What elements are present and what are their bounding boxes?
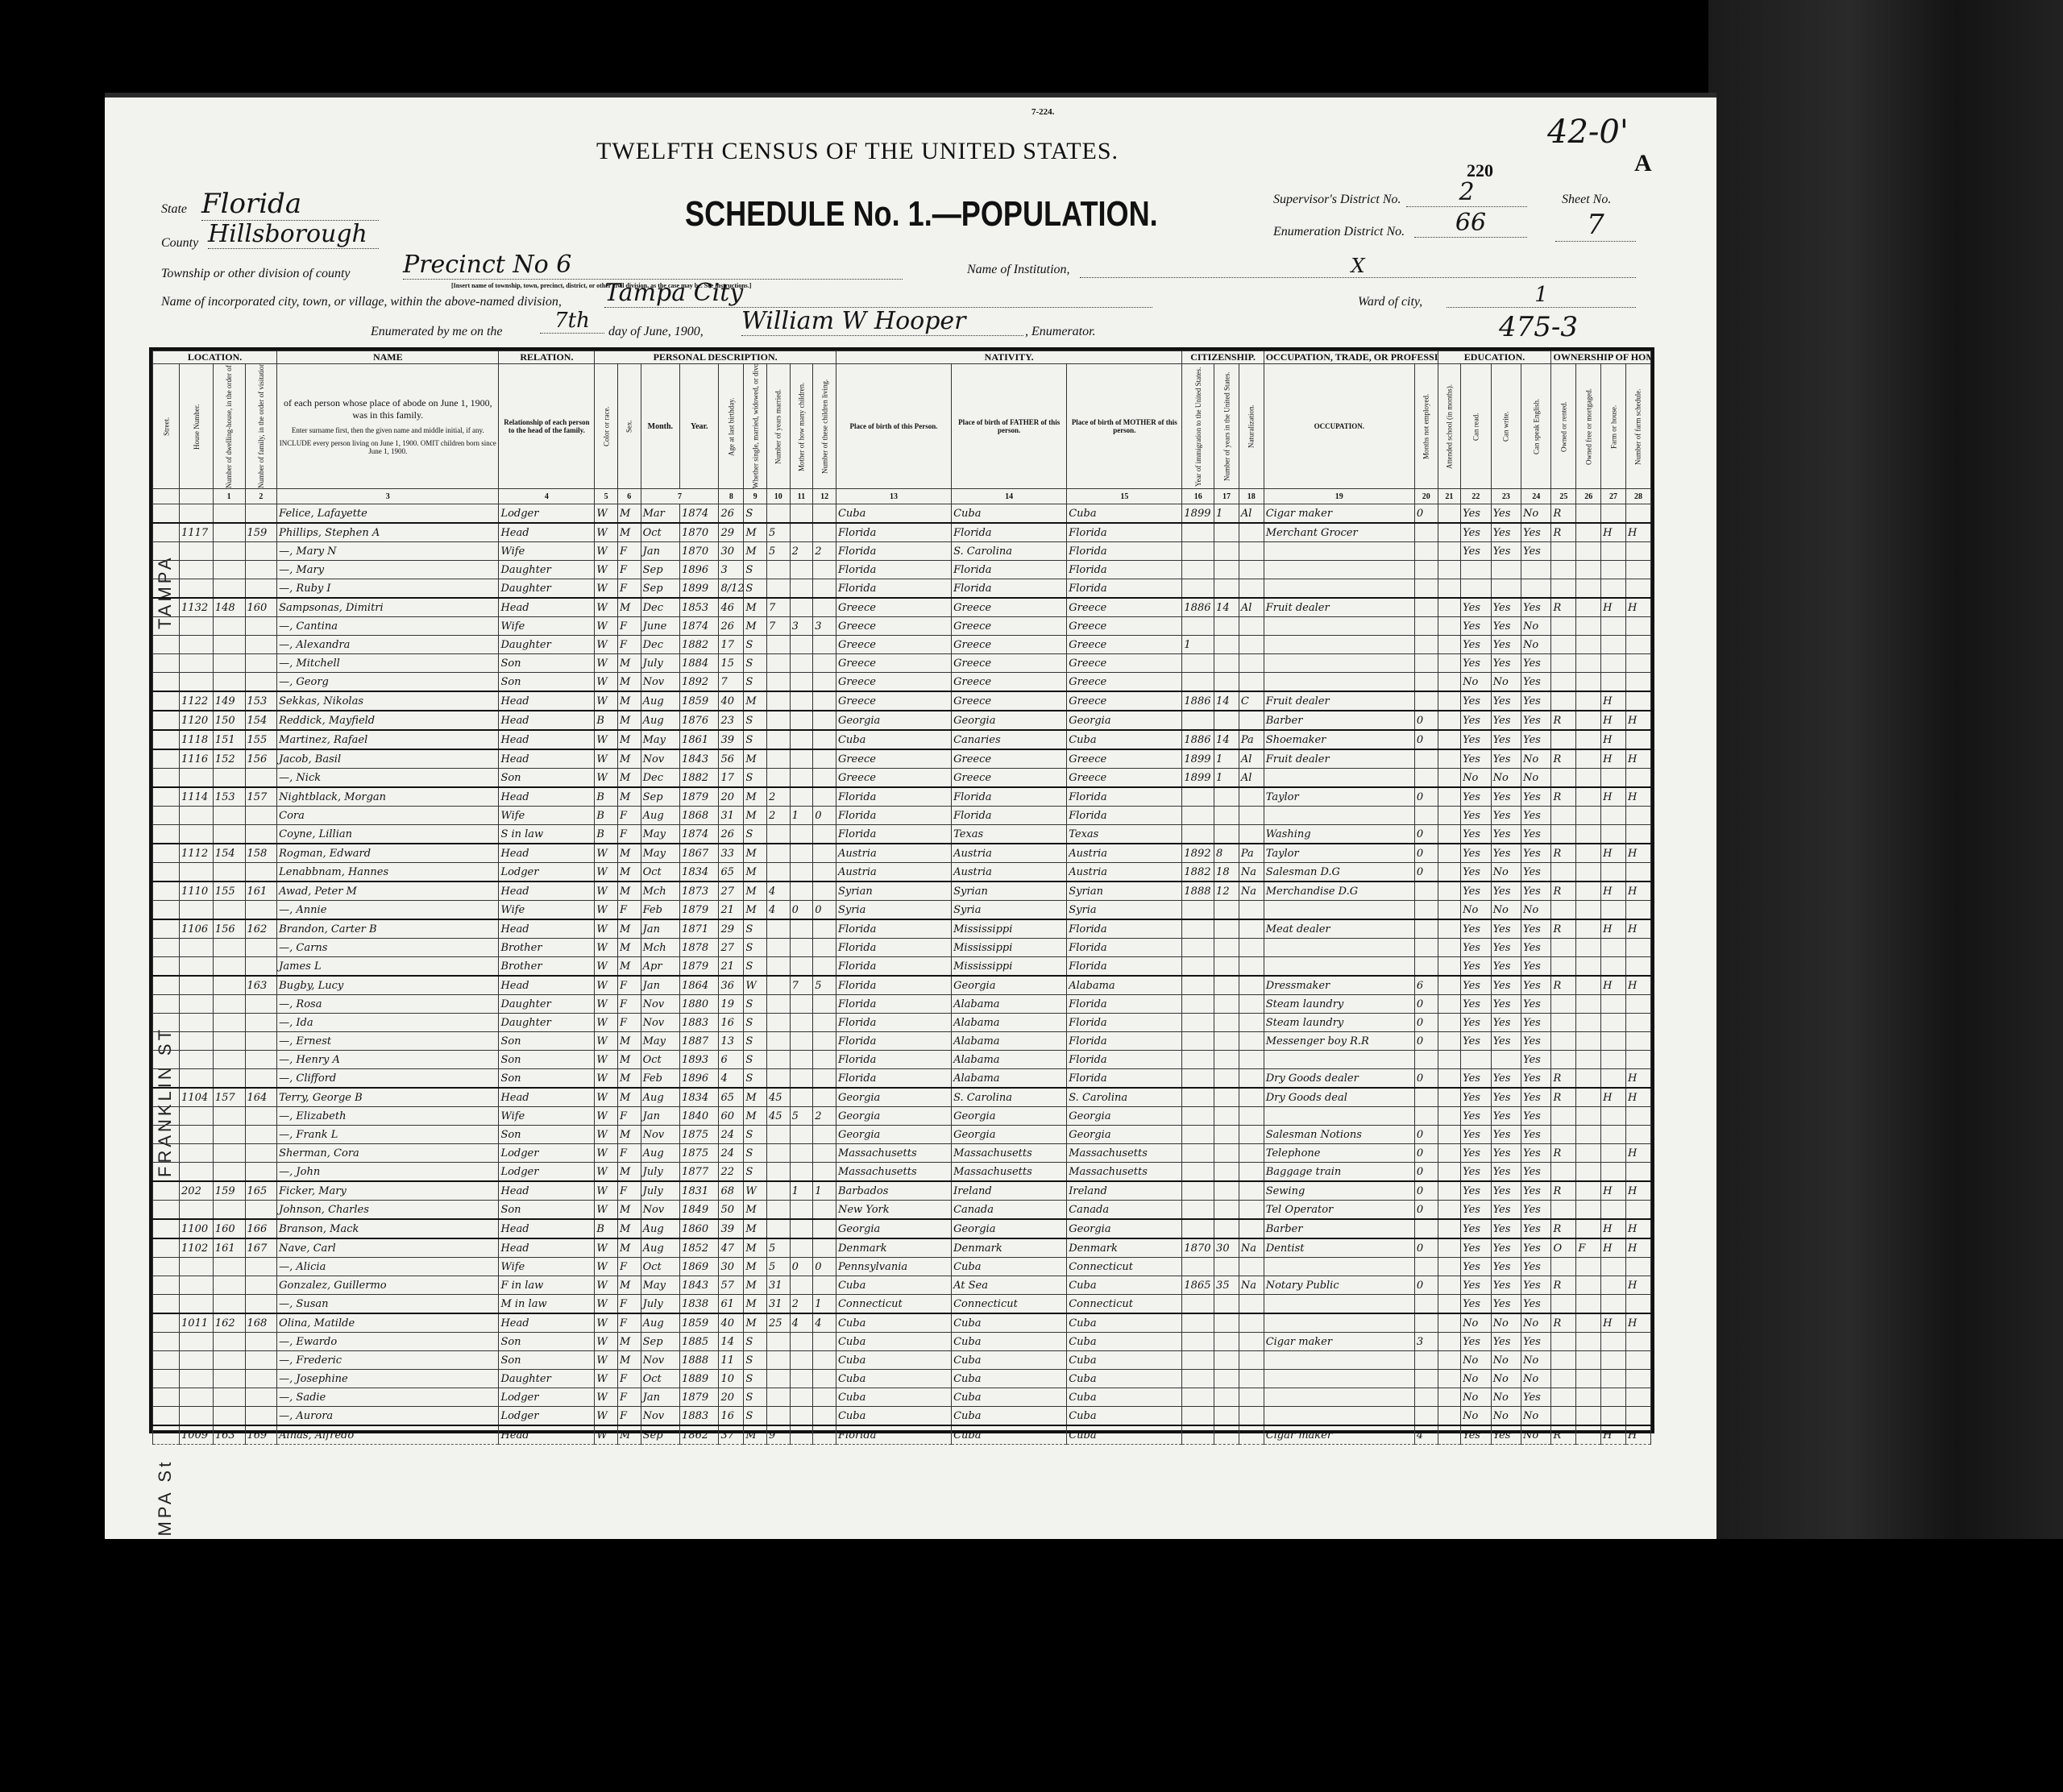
cell-own: R	[1551, 881, 1576, 901]
cell-fs	[1625, 691, 1650, 711]
cell-age: 14	[719, 1333, 744, 1351]
cell-sex: F	[617, 617, 641, 636]
cell-ym: 4	[766, 901, 790, 920]
cell-fm	[1576, 691, 1601, 711]
cell-mo	[790, 1276, 813, 1295]
cell-fm	[1576, 1295, 1601, 1314]
cell-yrs	[1214, 561, 1239, 579]
cell-name: —, Mitchell	[277, 654, 499, 673]
cell-mo	[790, 1144, 813, 1163]
cell-rel: F in law	[499, 1276, 595, 1295]
cell-sch	[1438, 504, 1461, 524]
cell-bf: Cuba	[952, 504, 1067, 524]
header-education: EDUCATION.	[1438, 351, 1551, 364]
cell-fm	[1576, 1126, 1601, 1144]
cell-ch	[813, 579, 836, 599]
cell-street	[153, 807, 180, 825]
cell-mar: S	[744, 561, 767, 579]
cell-fam	[245, 1126, 277, 1144]
cell-fs: H	[1625, 1276, 1650, 1295]
cell-fm	[1576, 1276, 1601, 1295]
cell-imm: 1882	[1182, 863, 1214, 882]
cell-name: Phillips, Stephen A	[277, 523, 499, 542]
cell-read: No	[1461, 901, 1491, 920]
cell-month: May	[641, 1032, 679, 1051]
cell-month: Sep	[641, 1425, 679, 1445]
cell-occ: Merchandise D.G	[1264, 881, 1414, 901]
cell-fh	[1601, 617, 1626, 636]
cell-fs: H	[1625, 598, 1650, 617]
cell-name: Sherman, Cora	[277, 1144, 499, 1163]
population-table: LOCATION. NAME RELATION. PERSONAL DESCRI…	[149, 347, 1654, 1433]
cell-color: W	[595, 769, 618, 788]
cell-occ: Dressmaker	[1264, 976, 1414, 995]
cell-bp: Georgia	[836, 1088, 951, 1107]
cell-house: 1110	[180, 881, 214, 901]
cell-color: W	[595, 654, 618, 673]
cell-write: Yes	[1491, 1333, 1521, 1351]
cell-mo	[790, 1126, 813, 1144]
cell-name: Ficker, Mary	[277, 1181, 499, 1201]
cell-color: W	[595, 1032, 618, 1051]
cell-bm: Cuba	[1067, 1425, 1182, 1445]
cell-dwell: 163	[213, 1425, 245, 1445]
cell-ch	[813, 919, 836, 939]
cell-bm: Florida	[1067, 1051, 1182, 1069]
cell-street	[153, 711, 180, 730]
cell-ym: 31	[766, 1276, 790, 1295]
cell-color: W	[595, 1014, 618, 1032]
cell-fm: F	[1576, 1238, 1601, 1258]
cell-ym	[766, 1407, 790, 1426]
cell-bf: Canaries	[952, 730, 1067, 749]
cell-yrs	[1214, 1313, 1239, 1333]
cell-year: 1882	[680, 636, 719, 654]
cell-fam: 157	[245, 787, 277, 807]
cell-bp: Barbados	[836, 1181, 951, 1201]
cell-ch	[813, 1051, 836, 1069]
cell-unemp: 0	[1414, 787, 1438, 807]
cell-mar: S	[744, 1014, 767, 1032]
cell-bf: Ireland	[952, 1181, 1067, 1201]
cell-sch	[1438, 901, 1461, 920]
cell-read: Yes	[1461, 1126, 1491, 1144]
cell-month: Dec	[641, 598, 679, 617]
cell-mar: M	[744, 881, 767, 901]
cell-bf: Greece	[952, 691, 1067, 711]
cell-unemp	[1414, 673, 1438, 692]
cell-mo	[790, 1370, 813, 1388]
cell-bp: Austria	[836, 844, 951, 863]
cell-bm: Georgia	[1067, 711, 1182, 730]
cell-name: Nave, Carl	[277, 1238, 499, 1258]
cell-sex: M	[617, 957, 641, 977]
column-number	[153, 489, 180, 504]
cell-ym: 7	[766, 617, 790, 636]
cell-age: 29	[719, 523, 744, 542]
cell-name: —, Alicia	[277, 1258, 499, 1276]
cell-fam: 168	[245, 1313, 277, 1333]
cell-yrs: 14	[1214, 598, 1239, 617]
cell-fm	[1576, 598, 1601, 617]
cell-nat	[1239, 617, 1264, 636]
cell-occ	[1264, 561, 1414, 579]
cell-occ: Tel Operator	[1264, 1201, 1414, 1220]
cell-read: Yes	[1461, 1144, 1491, 1163]
cell-own	[1551, 939, 1576, 957]
cell-year: 1896	[680, 1069, 719, 1089]
cell-age: 65	[719, 863, 744, 882]
cell-house	[180, 673, 214, 692]
cell-year: 1843	[680, 1276, 719, 1295]
cell-write: Yes	[1491, 1201, 1521, 1220]
cell-write: Yes	[1491, 1238, 1521, 1258]
cell-color: B	[595, 807, 618, 825]
cell-ch	[813, 1088, 836, 1107]
cell-fam	[245, 1370, 277, 1388]
cell-nat	[1239, 1313, 1264, 1333]
cell-own	[1551, 863, 1576, 882]
cell-sch	[1438, 1088, 1461, 1107]
cell-bp: Florida	[836, 542, 951, 561]
cell-nat	[1239, 1407, 1264, 1426]
cell-unemp	[1414, 749, 1438, 769]
cell-ch	[813, 881, 836, 901]
cell-unemp	[1414, 957, 1438, 977]
cell-occ	[1264, 769, 1414, 788]
column-number: 22	[1461, 489, 1491, 504]
cell-eng: Yes	[1521, 919, 1551, 939]
cell-occ: Merchant Grocer	[1264, 523, 1414, 542]
cell-rel: Daughter	[499, 636, 595, 654]
cell-name: Martinez, Rafael	[277, 730, 499, 749]
cell-dwell	[213, 561, 245, 579]
cell-imm: 1870	[1182, 1238, 1214, 1258]
cell-mar: S	[744, 1144, 767, 1163]
cell-rel: Son	[499, 1333, 595, 1351]
cell-house	[180, 1388, 214, 1407]
cell-bm: Florida	[1067, 957, 1182, 977]
institution-value: X	[1080, 255, 1636, 278]
cell-mo	[790, 995, 813, 1014]
cell-occ: Washing	[1264, 825, 1414, 844]
cell-fam	[245, 1144, 277, 1163]
cell-rel: Wife	[499, 1107, 595, 1126]
cell-eng: Yes	[1521, 1163, 1551, 1182]
cell-rel: Head	[499, 1088, 595, 1107]
cell-dwell	[213, 1388, 245, 1407]
cell-write: Yes	[1491, 636, 1521, 654]
cell-fs	[1625, 957, 1650, 977]
cell-name: —, Mary	[277, 561, 499, 579]
cell-sch	[1438, 1313, 1461, 1333]
cell-year: 1879	[680, 1388, 719, 1407]
cell-fam: 154	[245, 711, 277, 730]
column-number: 21	[1438, 489, 1461, 504]
cell-fm	[1576, 1219, 1601, 1238]
cell-month: Aug	[641, 807, 679, 825]
cell-eng: Yes	[1521, 1126, 1551, 1144]
cell-imm: 1886	[1182, 691, 1214, 711]
cell-house	[180, 995, 214, 1014]
cell-imm	[1182, 1258, 1214, 1276]
cell-write: No	[1491, 1388, 1521, 1407]
cell-bp: Cuba	[836, 730, 951, 749]
cell-eng: Yes	[1521, 1388, 1551, 1407]
header-owned-rented: Owned or rented.	[1551, 364, 1576, 489]
cell-yrs	[1214, 976, 1239, 995]
column-number: 5	[595, 489, 618, 504]
cell-fh: H	[1601, 730, 1626, 749]
cell-bp: Greece	[836, 617, 951, 636]
cell-rel: Head	[499, 691, 595, 711]
cell-rel: Son	[499, 1126, 595, 1144]
cell-rel: Lodger	[499, 504, 595, 524]
header-nativity: NATIVITY.	[836, 351, 1181, 364]
name-include: INCLUDE every person living on June 1, 1…	[279, 439, 496, 455]
cell-fam: 159	[245, 523, 277, 542]
cell-fs	[1625, 995, 1650, 1014]
cell-house: 1011	[180, 1313, 214, 1333]
cell-color: W	[595, 1238, 618, 1258]
cell-unemp	[1414, 901, 1438, 920]
table-row: —, ErnestSonWMMay188713SFloridaAlabamaFl…	[153, 1032, 1651, 1051]
cell-fs	[1625, 1388, 1650, 1407]
cell-year: 1887	[680, 1032, 719, 1051]
cell-read: Yes	[1461, 976, 1491, 995]
cell-age: 16	[719, 1014, 744, 1032]
cell-nat	[1239, 1333, 1264, 1351]
cell-fh	[1601, 939, 1626, 957]
cell-unemp: 0	[1414, 1144, 1438, 1163]
column-number: 8	[719, 489, 744, 504]
cell-read: Yes	[1461, 1107, 1491, 1126]
cell-fam	[245, 1258, 277, 1276]
header-farm-schedule: Number of farm schedule.	[1625, 364, 1650, 489]
cell-ym	[766, 844, 790, 863]
cell-rel: Head	[499, 881, 595, 901]
cell-imm	[1182, 1051, 1214, 1069]
cell-fam	[245, 673, 277, 692]
cell-unemp	[1414, 1051, 1438, 1069]
cell-imm	[1182, 1069, 1214, 1089]
cell-fam: 153	[245, 691, 277, 711]
cell-ch: 0	[813, 1258, 836, 1276]
cell-yrs	[1214, 807, 1239, 825]
cell-nat	[1239, 1144, 1264, 1163]
table-row: Felice, LafayetteLodgerWMMar187426SCubaC…	[153, 504, 1651, 524]
cell-yrs	[1214, 1181, 1239, 1201]
cell-street	[153, 825, 180, 844]
table-row: 1100160166Branson, MackHeadBMAug186039MG…	[153, 1219, 1651, 1238]
cell-write: Yes	[1491, 1088, 1521, 1107]
cell-color: W	[595, 995, 618, 1014]
cell-read: Yes	[1461, 1014, 1491, 1032]
cell-unemp	[1414, 1258, 1438, 1276]
cell-own	[1551, 807, 1576, 825]
cell-ym: 31	[766, 1295, 790, 1314]
cell-sex: M	[617, 730, 641, 749]
cell-age: 4	[719, 1069, 744, 1089]
cell-street	[153, 1144, 180, 1163]
cell-month: Nov	[641, 995, 679, 1014]
table-row: Gonzalez, GuillermoF in lawWMMay184357M3…	[153, 1276, 1651, 1295]
stamp-top: 42-0'	[1547, 114, 1629, 151]
cell-fm	[1576, 730, 1601, 749]
cell-name: Nightblack, Morgan	[277, 787, 499, 807]
cell-ch	[813, 1425, 836, 1445]
cell-house	[180, 561, 214, 579]
cell-mo: 2	[790, 542, 813, 561]
cell-bp: Florida	[836, 1014, 951, 1032]
cell-year: 1883	[680, 1407, 719, 1426]
cell-sex: M	[617, 711, 641, 730]
cell-fm	[1576, 1144, 1601, 1163]
cell-name: Rogman, Edward	[277, 844, 499, 863]
cell-street	[153, 1258, 180, 1276]
cell-year: 1853	[680, 598, 719, 617]
cell-unemp: 0	[1414, 1276, 1438, 1295]
cell-bp: Florida	[836, 995, 951, 1014]
header-location: LOCATION.	[153, 351, 277, 364]
cell-unemp	[1414, 654, 1438, 673]
cell-month: May	[641, 844, 679, 863]
header-can-write: Can write.	[1491, 364, 1521, 489]
cell-nat	[1239, 711, 1264, 730]
cell-dwell	[213, 901, 245, 920]
cell-fh	[1601, 1351, 1626, 1370]
cell-fam	[245, 995, 277, 1014]
cell-fm	[1576, 807, 1601, 825]
cell-house	[180, 769, 214, 788]
cell-dwell: 161	[213, 1238, 245, 1258]
cell-bp: Florida	[836, 939, 951, 957]
cell-write: Yes	[1491, 1163, 1521, 1182]
cell-bp: Massachusetts	[836, 1163, 951, 1182]
cell-bm: Florida	[1067, 995, 1182, 1014]
table-row: —, MaryDaughterWFSep18963SFloridaFlorida…	[153, 561, 1651, 579]
cell-fs	[1625, 1201, 1650, 1220]
header-mother-of: Mother of how many children.	[790, 364, 813, 489]
cell-street	[153, 1163, 180, 1182]
header-citizenship: CITIZENSHIP.	[1182, 351, 1264, 364]
cell-ch: 5	[813, 976, 836, 995]
cell-fm	[1576, 1032, 1601, 1051]
cell-house	[180, 1163, 214, 1182]
cell-street	[153, 957, 180, 977]
cell-write: Yes	[1491, 749, 1521, 769]
cell-ym	[766, 1051, 790, 1069]
cell-fam	[245, 1333, 277, 1351]
cell-eng: Yes	[1521, 542, 1551, 561]
cell-fh: H	[1601, 523, 1626, 542]
cell-fs: H	[1625, 1219, 1650, 1238]
cell-month: Nov	[641, 1014, 679, 1032]
cell-read: No	[1461, 1351, 1491, 1370]
cell-sex: F	[617, 542, 641, 561]
cell-fs: H	[1625, 1181, 1650, 1201]
cell-imm	[1182, 1295, 1214, 1314]
cell-fs	[1625, 1014, 1650, 1032]
cell-imm	[1182, 1107, 1214, 1126]
cell-eng: No	[1521, 769, 1551, 788]
cell-bm: Cuba	[1067, 1351, 1182, 1370]
cell-ym	[766, 561, 790, 579]
cell-write: Yes	[1491, 1126, 1521, 1144]
cell-sch	[1438, 976, 1461, 995]
cell-mo	[790, 939, 813, 957]
cell-year: 1869	[680, 1258, 719, 1276]
cell-bm: Greece	[1067, 654, 1182, 673]
cell-write: Yes	[1491, 654, 1521, 673]
cell-bf: Greece	[952, 598, 1067, 617]
cell-street	[153, 579, 180, 599]
cell-month: Aug	[641, 1219, 679, 1238]
cell-unemp: 0	[1414, 1181, 1438, 1201]
cell-fam	[245, 1051, 277, 1069]
cell-color: W	[595, 579, 618, 599]
cell-bm: Cuba	[1067, 1333, 1182, 1351]
cell-mar: M	[744, 1219, 767, 1238]
cell-yrs	[1214, 1219, 1239, 1238]
cell-street	[153, 1032, 180, 1051]
cell-year: 1831	[680, 1181, 719, 1201]
cell-name: —, Frederic	[277, 1351, 499, 1370]
cell-nat: Al	[1239, 598, 1264, 617]
cell-ch	[813, 523, 836, 542]
cell-fs	[1625, 561, 1650, 579]
cell-ym: 7	[766, 598, 790, 617]
cell-fh	[1601, 636, 1626, 654]
cell-eng: No	[1521, 901, 1551, 920]
cell-unemp	[1414, 807, 1438, 825]
cell-dwell	[213, 1201, 245, 1220]
cell-street	[153, 787, 180, 807]
cell-imm	[1182, 1425, 1214, 1445]
cell-mo	[790, 919, 813, 939]
cell-bp: Florida	[836, 825, 951, 844]
cell-fam	[245, 1201, 277, 1220]
cell-eng: Yes	[1521, 1032, 1551, 1051]
cell-month: Aug	[641, 1088, 679, 1107]
cell-bf: Cuba	[952, 1407, 1067, 1426]
cell-ym	[766, 825, 790, 844]
cell-read: Yes	[1461, 617, 1491, 636]
cell-nat	[1239, 1069, 1264, 1089]
cell-ym: 5	[766, 1258, 790, 1276]
cell-eng: Yes	[1521, 1051, 1551, 1069]
cell-unemp	[1414, 939, 1438, 957]
table-row: —, EwardoSonWMSep188514SCubaCubaCubaCiga…	[153, 1333, 1651, 1351]
cell-write: Yes	[1491, 1144, 1521, 1163]
cell-occ: Fruit dealer	[1264, 691, 1414, 711]
cell-bf: Alabama	[952, 1032, 1067, 1051]
cell-eng: Yes	[1521, 654, 1551, 673]
cell-bp: Massachusetts	[836, 1144, 951, 1163]
cell-bf: Denmark	[952, 1238, 1067, 1258]
cell-sex: F	[617, 1144, 641, 1163]
cell-rel: Brother	[499, 939, 595, 957]
cell-imm	[1182, 976, 1214, 995]
cell-own	[1551, 901, 1576, 920]
cell-fs: H	[1625, 881, 1650, 901]
cell-fam	[245, 769, 277, 788]
column-number: 15	[1067, 489, 1182, 504]
cell-own	[1551, 1370, 1576, 1388]
cell-fs	[1625, 636, 1650, 654]
cell-sex: M	[617, 654, 641, 673]
cell-read: Yes	[1461, 787, 1491, 807]
